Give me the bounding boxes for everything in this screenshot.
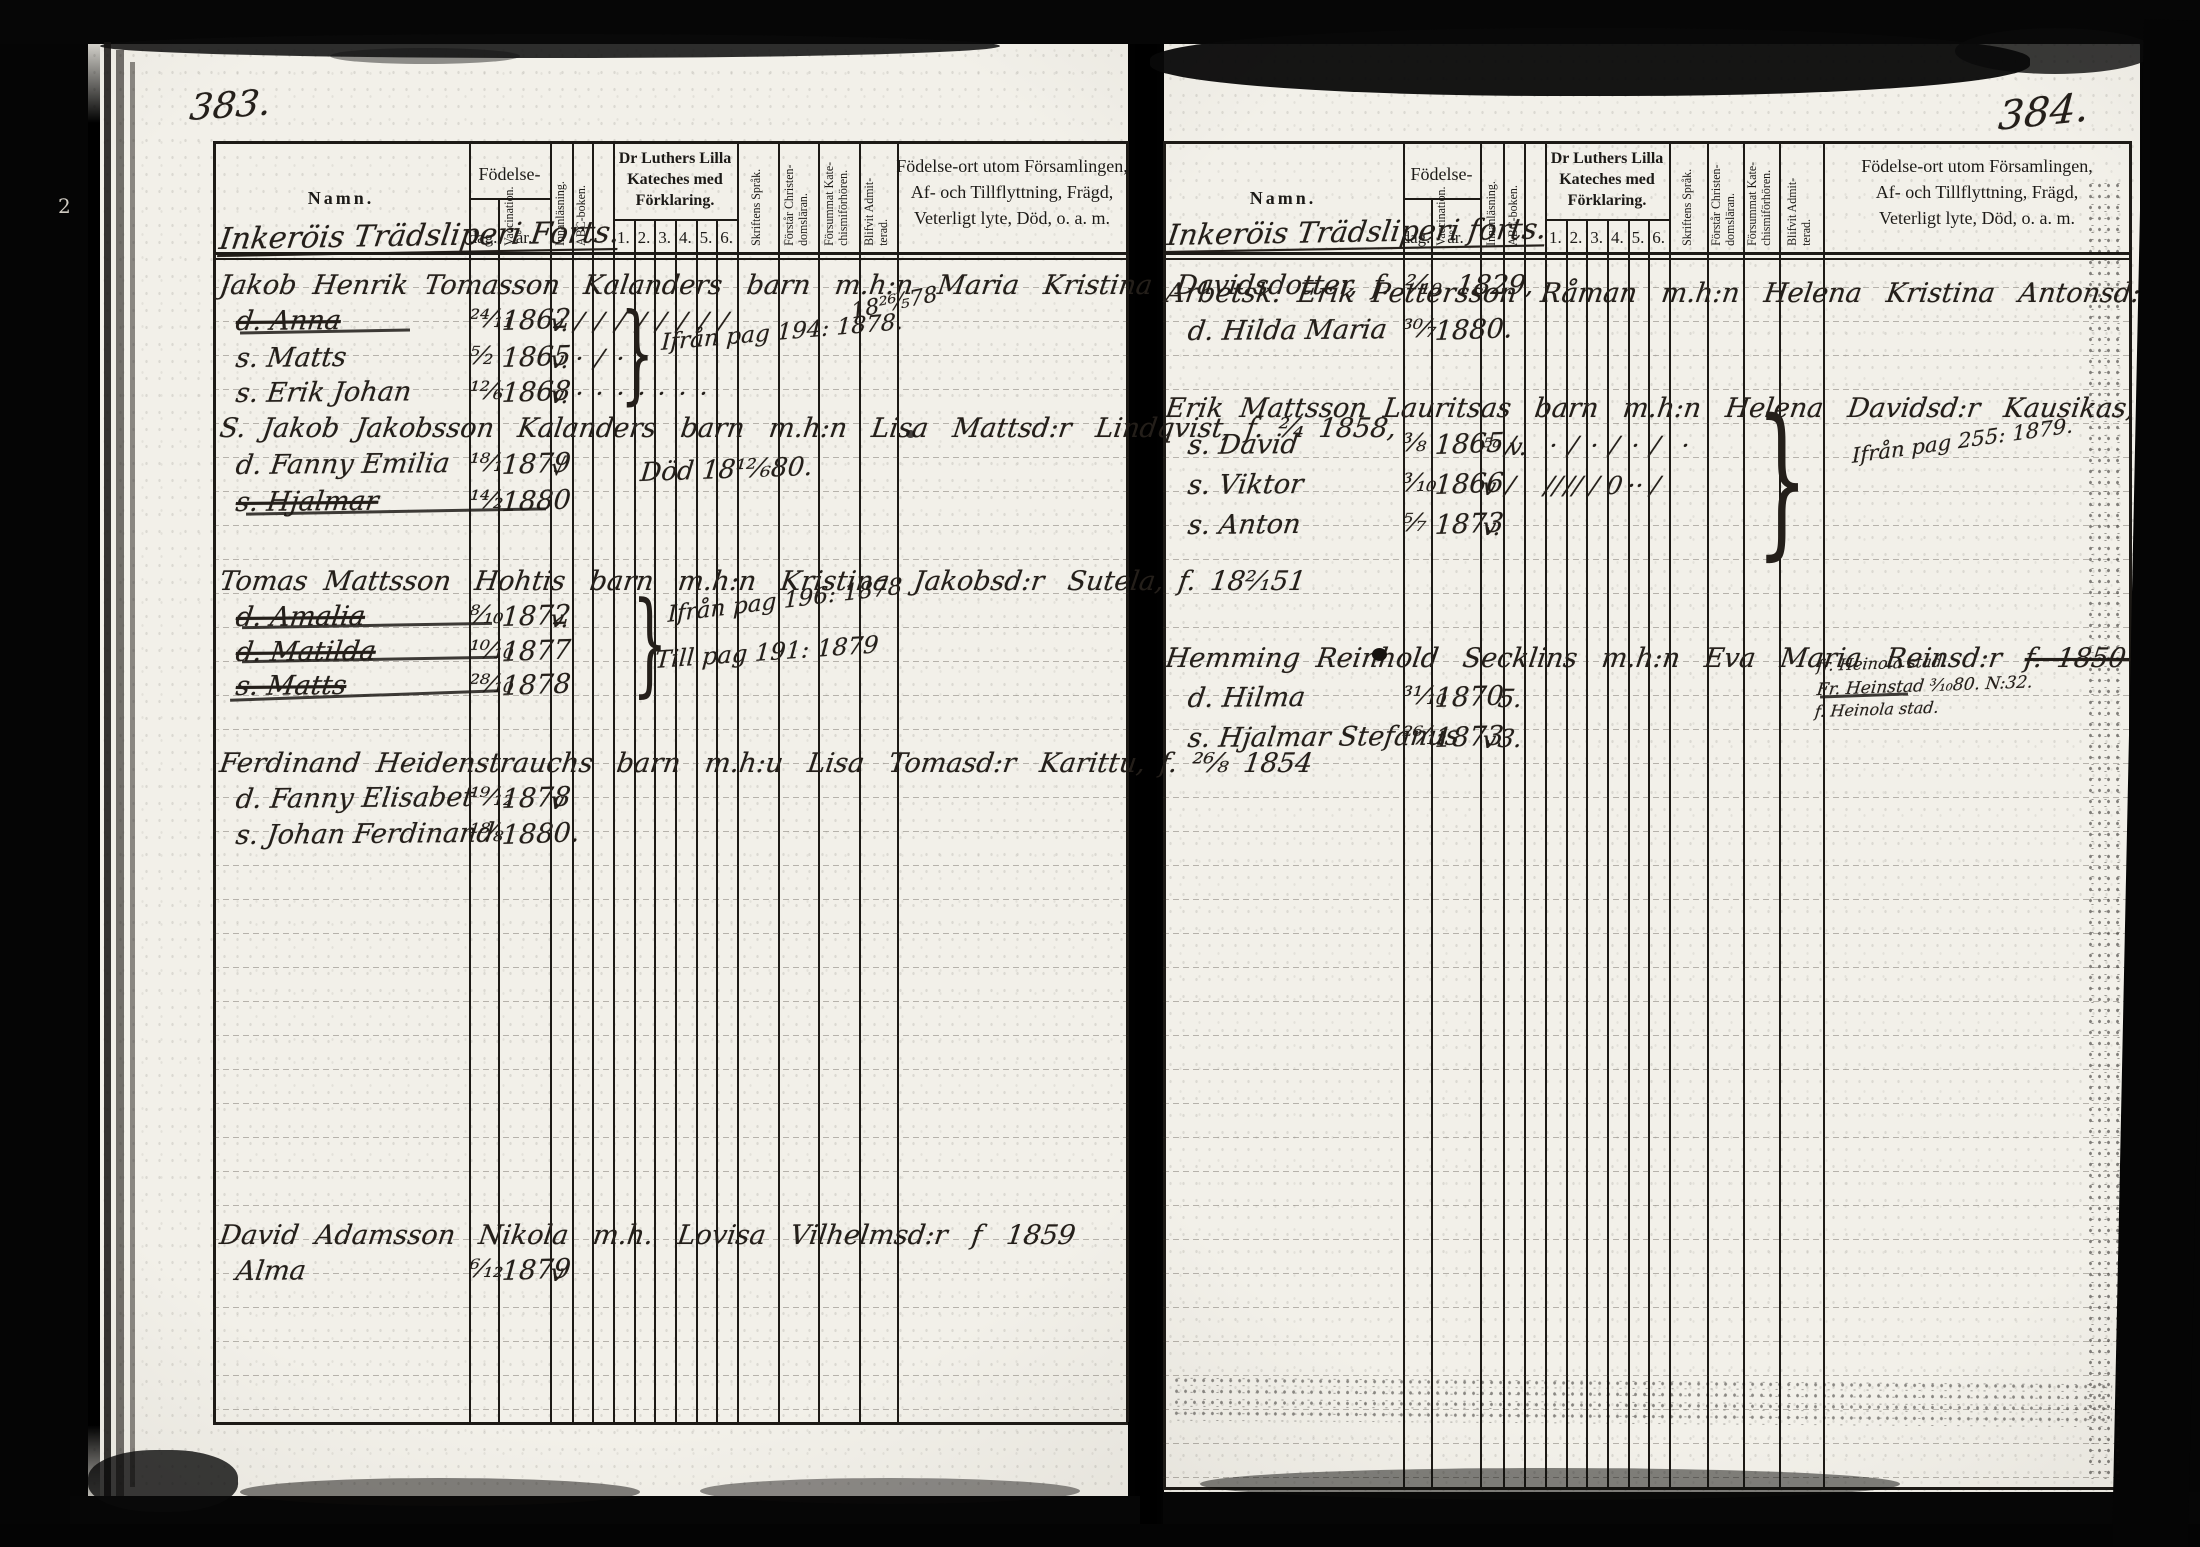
table-bottom-border: [1163, 1487, 2131, 1490]
header-bottom-line: [1163, 252, 2131, 255]
column-header-blifvit-admitterad: Blifvit Admit-terad.: [862, 148, 890, 250]
column-header-namn: Namn.: [1250, 188, 1317, 209]
entry-name: d. Matilda: [234, 636, 378, 668]
entry-name: s. Viktor: [1186, 469, 1305, 501]
entry-spouse-text: barn m.h:u Lisa Tomasd:r: [615, 748, 1018, 779]
entry-spouse-text: Kalanders barn m.h:n Lisa Mattsd:r: [516, 413, 1074, 444]
register-entry-family: Ferdinand Heidenstrauchsbarn m.h:u Lisa …: [222, 748, 1315, 779]
left-page-number: 383.: [188, 82, 273, 128]
entry-birth-year: 1880.: [501, 817, 581, 851]
column-header-notes: Af- och Tillflyttning, Frägd,: [911, 182, 1114, 203]
column-header-abc-boken: ABC-boken.: [574, 148, 588, 250]
entry-birth-day: ¹²⁄₆: [468, 376, 505, 405]
column-header-katekes-col: 5.: [1632, 228, 1645, 248]
header-bottom-line2: [213, 258, 1128, 260]
column-header-katekes-col: 3.: [658, 228, 671, 248]
column-header-namn: Namn.: [308, 188, 375, 209]
brace-mark: }: [632, 582, 668, 707]
column-header-katekes-col: 6.: [1652, 228, 1665, 248]
vaccination-mark: v: [1481, 473, 1498, 501]
catechism-mark: 5.: [1496, 684, 1525, 713]
entry-name: s. Matts: [234, 342, 349, 374]
vaccination-mark: v.: [1481, 513, 1502, 541]
table-top-border: [1163, 141, 2131, 144]
column-header-vaccination: Vaccination.: [502, 148, 516, 250]
column-header-katekes-col: 4.: [1611, 228, 1624, 248]
entry-name: d. Fanny Elisabet: [234, 782, 475, 815]
entry-name: s. David: [1186, 429, 1300, 461]
column-header-blifvit-admitterad: Blifvit Admit-terad.: [1785, 148, 1813, 250]
column-header-forstar-christendomslaran: Förstår Christen-domsläran.: [1709, 148, 1737, 250]
column-header-dag: dag.: [1402, 228, 1431, 248]
table-subline: [613, 219, 737, 221]
column-header-katekes-col: 6.: [720, 228, 733, 248]
entry-name: Tomas Mattsson: [218, 566, 453, 597]
entry-birth-year: 1880.: [1434, 313, 1514, 347]
column-header-vaccination: Vaccination.: [1434, 148, 1448, 250]
column-header-notes: Födelse-ort utom Församlingen,: [896, 156, 1127, 177]
entry-name: d. Hilda Maria: [1186, 314, 1389, 347]
vaccination-mark: v.: [549, 605, 570, 633]
column-header-ar: år.: [516, 228, 533, 248]
table-bottom-border: [213, 1422, 1128, 1425]
column-header-katekes-col: 2.: [1570, 228, 1583, 248]
column-header-katekes-col: 2.: [638, 228, 651, 248]
entry-birth-day: ³⁄₈: [1401, 428, 1428, 457]
column-header-forsummat-katechismiforhoren: Försummat Kate-chismiförhören.: [822, 148, 850, 250]
column-header-katekes-col: 1.: [617, 228, 630, 248]
column-header-innanlasning: Innanläsning.: [553, 148, 567, 250]
table-subline: [1545, 219, 1669, 221]
brace-mark: }: [1756, 390, 1808, 572]
column-header-katekes-col: 5.: [700, 228, 713, 248]
entry-name: s. Johan Ferdinand: [234, 818, 496, 851]
column-header-abc-boken: ABC-boken.: [1506, 148, 1520, 250]
entry-birth-day: ³⁄₁₀: [1401, 468, 1438, 497]
entry-name: s. Anton: [1186, 509, 1303, 541]
entry-name: s. Erik Johan: [234, 376, 413, 409]
entry-birth-day: ⁵⁄₇: [1401, 508, 1428, 537]
entry-birth-day: ¹⁸⁄₈: [468, 818, 505, 847]
entry-birth-year: 1880: [501, 485, 572, 518]
entry-birth-year: 1877: [501, 635, 572, 668]
vaccination-mark: v.: [549, 346, 570, 374]
entry-name: Alma: [234, 1255, 308, 1287]
catechism-mark: 3.: [1496, 724, 1525, 753]
entry-birth-day: ¹⁸⁄₁: [468, 448, 505, 477]
column-header-katekes-col: 1.: [1549, 228, 1562, 248]
column-header-katekes-col: 3.: [1590, 228, 1603, 248]
column-header-katekes: Dr Luthers Lilla: [1551, 150, 1664, 168]
entry-birth-day: ⁵⁄₂: [468, 341, 495, 370]
column-header-notes: Veterligt lyte, Död, o. a. m.: [914, 208, 1110, 229]
register-entry-family: David AdamssonNikola m.h. Lovisa Vilhelm…: [222, 1220, 1078, 1251]
entry-name: S. Jakob Jakobsson: [218, 413, 497, 444]
entry-name: Hemming Reinhold: [1164, 643, 1441, 674]
vaccination-mark: v: [549, 787, 566, 815]
entry-name: d. Hilma: [1186, 682, 1307, 714]
spine-edge-number: 2: [58, 194, 71, 218]
entry-birth-year: 1878: [501, 669, 572, 702]
header-bottom-line: [213, 252, 1128, 255]
column-header-dag: dag.: [469, 228, 498, 248]
column-header-notes: Af- och Tillflyttning, Frägd,: [1876, 182, 2079, 203]
entry-birth-note: Antonsd:r f. 1856.: [2017, 278, 2200, 309]
column-header-forstar-christendomslaran: Förstår Christen-domsläran.: [782, 148, 810, 250]
scan-artifact: [0, 1524, 2200, 1547]
entry-name: Erik Mattsson Lauritsas: [1164, 393, 1514, 424]
vaccination-mark: v.: [549, 309, 570, 337]
column-header-katekes: Dr Luthers Lilla: [619, 150, 732, 168]
column-header-katekes: Kateches med: [1559, 171, 1655, 189]
entry-spouse-text: Nikola m.h. Lovisa Vilhelmsd:r f 1859: [477, 1220, 1078, 1251]
entry-spouse-text: Råman m.h:n Helena Kristina: [1539, 278, 1997, 309]
vaccination-mark: √: [549, 453, 567, 481]
margin-note: Död 18¹²⁄₆80.: [639, 452, 814, 488]
register-entry-family: Arbetsk. Erik PetterssonRåman m.h:n Hele…: [1168, 278, 2200, 309]
entry-name: Arbetsk. Erik Pettersson: [1164, 278, 1519, 309]
column-header-notes: Veterligt lyte, Död, o. a. m.: [1879, 208, 2075, 229]
entry-birth-year: 1870: [1434, 681, 1505, 714]
column-header-katekes-col: 4.: [679, 228, 692, 248]
brace-mark: }: [620, 294, 654, 414]
vaccination-mark: v.: [549, 381, 570, 409]
entry-birth-day: ⁶⁄₁₂: [468, 1254, 505, 1283]
vaccination-mark: v: [1481, 726, 1498, 754]
column-header-katekes: Kateches med: [627, 171, 723, 189]
column-header-katekes: Förklaring.: [636, 192, 715, 210]
table-top-border: [213, 141, 1128, 144]
column-header-innanlasning: Innanläsning.: [1484, 148, 1498, 250]
entry-name: d. Fanny Emilia: [234, 448, 452, 481]
header-bottom-line2: [1163, 258, 2131, 260]
scan-root: 383. 384. Inkeröis Trädsliperi Forts. In…: [0, 0, 2200, 1547]
column-header-forsummat-katechismiforhoren: Försummat Kate-chismiförhören.: [1745, 148, 1773, 250]
column-header-ar: år.: [1447, 228, 1464, 248]
register-entry-family: Hemming ReinholdSecklins m.h:n Eva Maria…: [1168, 643, 2200, 674]
column-header-notes: Födelse-ort utom Församlingen,: [1861, 156, 2092, 177]
column-header-skriftens-sprak: Skriftens Språk.: [1680, 148, 1694, 250]
column-header-katekes: Förklaring.: [1568, 192, 1647, 210]
entry-name: Ferdinand Heidenstrauchs: [218, 748, 595, 779]
ruled-lines: [1163, 287, 2131, 1485]
vaccination-mark: v: [549, 1259, 566, 1287]
entry-name: Jakob Henrik Tomasson: [218, 270, 562, 301]
right-page-number: 384.: [1997, 85, 2090, 140]
entry-name: David Adamsson: [218, 1220, 458, 1251]
column-header-skriftens-sprak: Skriftens Språk.: [749, 148, 763, 250]
entry-birth-day: ³⁰⁄₇: [1401, 314, 1438, 343]
entry-birth-note: f. 1850 ———: [2023, 643, 2200, 674]
